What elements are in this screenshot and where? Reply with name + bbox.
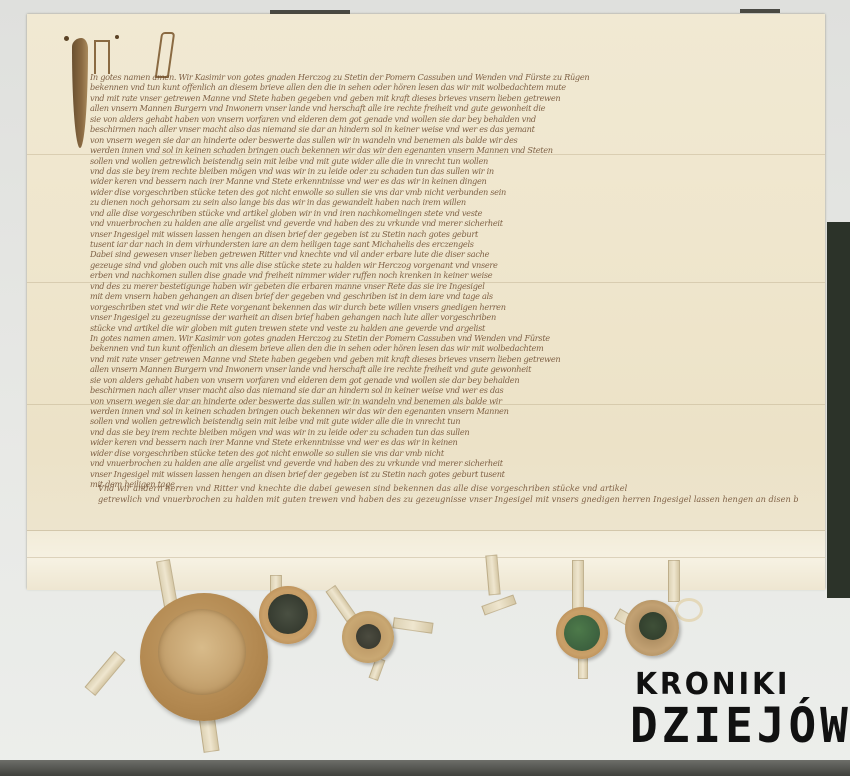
wax-seal-cup [259,586,317,644]
script-line: mit dem vnsern haben gehangen an disen b… [90,291,795,301]
script-line: wider keren vnd bessern nach irer Manne … [90,176,795,186]
seal-core-dark [356,624,381,649]
logo-line-2: DZIEJÓW [630,702,830,748]
script-line: tusent iar dar nach in dem virhundersten… [90,239,795,249]
script-line: vnd mit rate vnser getrewen Manne vnd St… [90,93,795,103]
seal-strap [668,560,680,602]
handwritten-text-block: In gotes namen amen. Wir Kasimir von got… [90,72,795,490]
decorated-initial-letter [94,40,110,74]
script-line: vnd das sie bey irem rechte bleiben möge… [90,166,795,176]
script-line: vnser Ingesigel mit wissen lassen hengen… [90,229,795,239]
script-line: vnd vnuerbrochen zu halden ane alle arge… [90,458,795,468]
wax-seal-cup [556,607,608,659]
seal-relief-figure [158,609,246,695]
script-line: zu dienen noch gehorsam zu sein also lan… [90,197,795,207]
script-line: wider keren vnd bessern nach irer Manne … [90,437,795,447]
script-line: bekennen vnd tun kunt offenlich an diese… [90,82,795,92]
script-line: vnser Ingesigel mit wissen lassen hengen… [90,469,795,479]
plica-crease [27,557,825,558]
script-line: vnd das sie bey irem rechte bleiben möge… [90,427,795,437]
script-line: von vnsern wegen sie dar an hinderte ode… [90,135,795,145]
script-line: vnd vnuerbrochen zu halden ane alle arge… [90,218,795,228]
wax-seal-cup [625,600,679,656]
seal-strap [572,560,584,612]
script-line: getrewlich vnd vnuerbrochen zu halden mi… [98,494,798,505]
initial-ornament-dot [115,35,119,39]
script-line: sollen vnd wollen getrewlich beistendig … [90,156,795,166]
script-line: sollen vnd wollen getrewlich beistendig … [90,416,795,426]
frame-edge [740,9,780,13]
dark-backdrop [827,222,850,598]
script-line: In gotes namen amen. Wir Kasimir von got… [90,333,795,343]
script-line: vnd mit rate vnser getrewen Manne vnd St… [90,354,795,364]
script-line: von vnsern wegen sie dar an hinderte ode… [90,396,795,406]
script-line: beschirmen nach aller vnser macht also d… [90,385,795,395]
script-line: stücke vnd artikel die wir globen mit gu… [90,323,795,333]
initial-ornament-dot [64,36,69,41]
handwritten-closing-text: Vnd wir andern herren vnd Ritter vnd kne… [98,483,798,505]
seal-core-dark [268,594,308,634]
script-line: vnser Ingesigel zu gezeugnisse der warhe… [90,312,795,322]
script-line: sie von alders gehabt haben von vnsern v… [90,375,795,385]
watermark-logo: KRONIKI DZIEJÓW [630,670,830,746]
wax-seal-cup [342,611,394,663]
seal-core-green [564,615,600,651]
script-line: In gotes namen amen. Wir Kasimir von got… [90,72,795,82]
script-line: werden innen vnd sol in keinen schaden b… [90,406,795,416]
seal-core-green [639,612,667,640]
script-line: vnd des zu merer bestetigunge haben wir … [90,281,795,291]
script-line: Dabei sind gewesen vnser lieben getrewen… [90,249,795,259]
script-line: sie von alders gehabt haben von vnsern v… [90,114,795,124]
script-line: bekennen vnd tun kunt offenlich an diese… [90,343,795,353]
script-line: wider dise vorgeschriben stücke teten de… [90,187,795,197]
script-line: gezeuge sind vnd globen ouch mit vns all… [90,260,795,270]
script-line: werden innen vnd sol in keinen schaden b… [90,145,795,155]
script-line: vnd alle dise vorgeschriben stücke vnd a… [90,208,795,218]
script-line: vorgeschriben stet vnd wir die Rete vorg… [90,302,795,312]
seal-strap-loop [675,598,703,622]
script-line: allen vnsern Mannen Burgern vnd Inwonern… [90,103,795,113]
script-line: Vnd wir andern herren vnd Ritter vnd kne… [98,483,798,494]
script-line: erben vnd nachkomen sullen dise gnade vn… [90,270,795,280]
logo-line-1: KRONIKI [635,670,820,700]
plica-fold [27,530,825,590]
script-line: beschirmen nach aller vnser macht also d… [90,124,795,134]
script-line: allen vnsern Mannen Burgern vnd Inwonern… [90,364,795,374]
script-line: wider dise vorgeschriben stücke teten de… [90,448,795,458]
frame-bottom [0,760,850,776]
large-wax-seal [140,593,268,721]
